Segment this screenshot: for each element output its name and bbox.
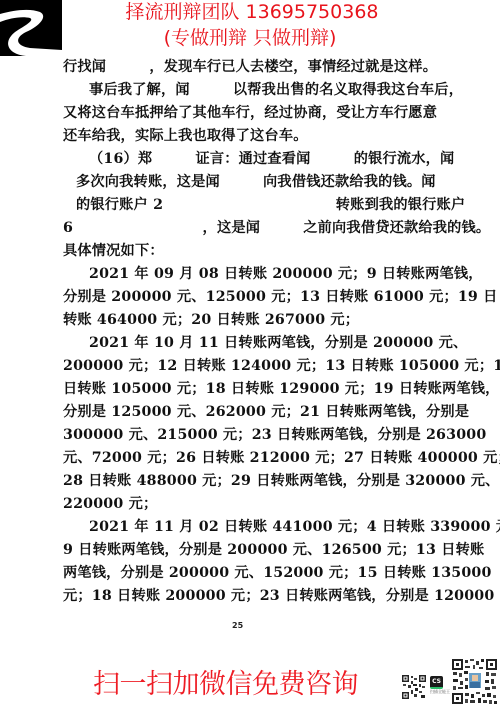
text-line: 元、72000 元；26 日转账 212000 元；27 日转账 400000 … [63,449,500,467]
camscanner-caption: 扫描全能王 [430,689,450,695]
text-line: 分别是 200000 元、125000 元；13 日转账 61000 元；19 … [63,288,498,306]
qr-code-icon [402,675,426,699]
text-line: 2021 年 09 月 08 日转账 200000 元；9 日转账两笔钱， [89,265,483,283]
camscanner-badge: CS 扫描全能王 [430,676,450,698]
camscanner-icon: CS [430,676,443,689]
text-line: 2021 年 11 月 02 日转账 441000 元；4 日转账 339000… [89,518,500,536]
banner-team-phone: 择流刑辩团队 13695750368 [0,0,500,24]
text-line: 元；18 日转账 200000 元；23 日转账两笔钱，分别是 120000 [63,587,494,605]
text-line: 分别是 125000 元、262000 元；21 日转账两笔钱，分别是 [63,403,469,421]
page-number: 25 [232,621,243,630]
wechat-consult-cta: 扫一扫加微信免费咨询 [93,668,358,702]
banner-tagline: (专做刑辩 只做刑辩) [0,26,500,50]
text-line: 6 ，这是闻 之前向我借贷还款给我的钱。 [63,219,490,237]
text-line: 220000 元； [63,495,157,513]
text-line: （16）郑 证言：通过查看闻 的银行流水，闻 [89,150,454,168]
text-line: 事后我了解，闻 以帮我出售的名义取得我这台车后， [89,81,463,99]
qr-code-with-avatar-icon [451,658,498,705]
text-line: 28 日转账 488000 元；29 日转账两笔钱，分别是 320000 元、 [63,472,500,490]
text-line: 转账 464000 元；20 日转账 267000 元； [63,311,359,329]
text-line: 2021 年 10 月 11 日转账两笔钱，分别是 200000 元、 [89,334,467,352]
text-line: 200000 元；12 日转账 124000 元；13 日转账 105000 元… [63,357,500,375]
text-line: 具体情况如下： [63,242,164,260]
text-line: 的银行账户 2 转账到我的银行账户 [76,196,465,214]
text-line: 行找闻 ，发现车行已人去楼空，事情经过就是这样。 [63,58,437,76]
text-line: 300000 元、215000 元；23 日转账两笔钱，分别是 263000 [63,426,486,444]
text-line: 两笔钱，分别是 200000 元、152000 元；15 日转账 135000 [63,564,492,582]
text-line: 9 日转账两笔钱，分别是 200000 元、126500 元；13 日转账 [63,541,484,559]
text-line: 还车给我，实际上我也取得了这台车。 [63,127,308,145]
text-line: 又将这台车抵押给了其他车行，经过协商，受让方车行愿意 [63,104,437,122]
text-line: 日转账 105000 元；18 日转账 129000 元；19 日转账两笔钱， [63,380,500,398]
text-line: 多次向我转账，这是闻 向我借钱还款给我的钱。闻 [76,173,436,191]
